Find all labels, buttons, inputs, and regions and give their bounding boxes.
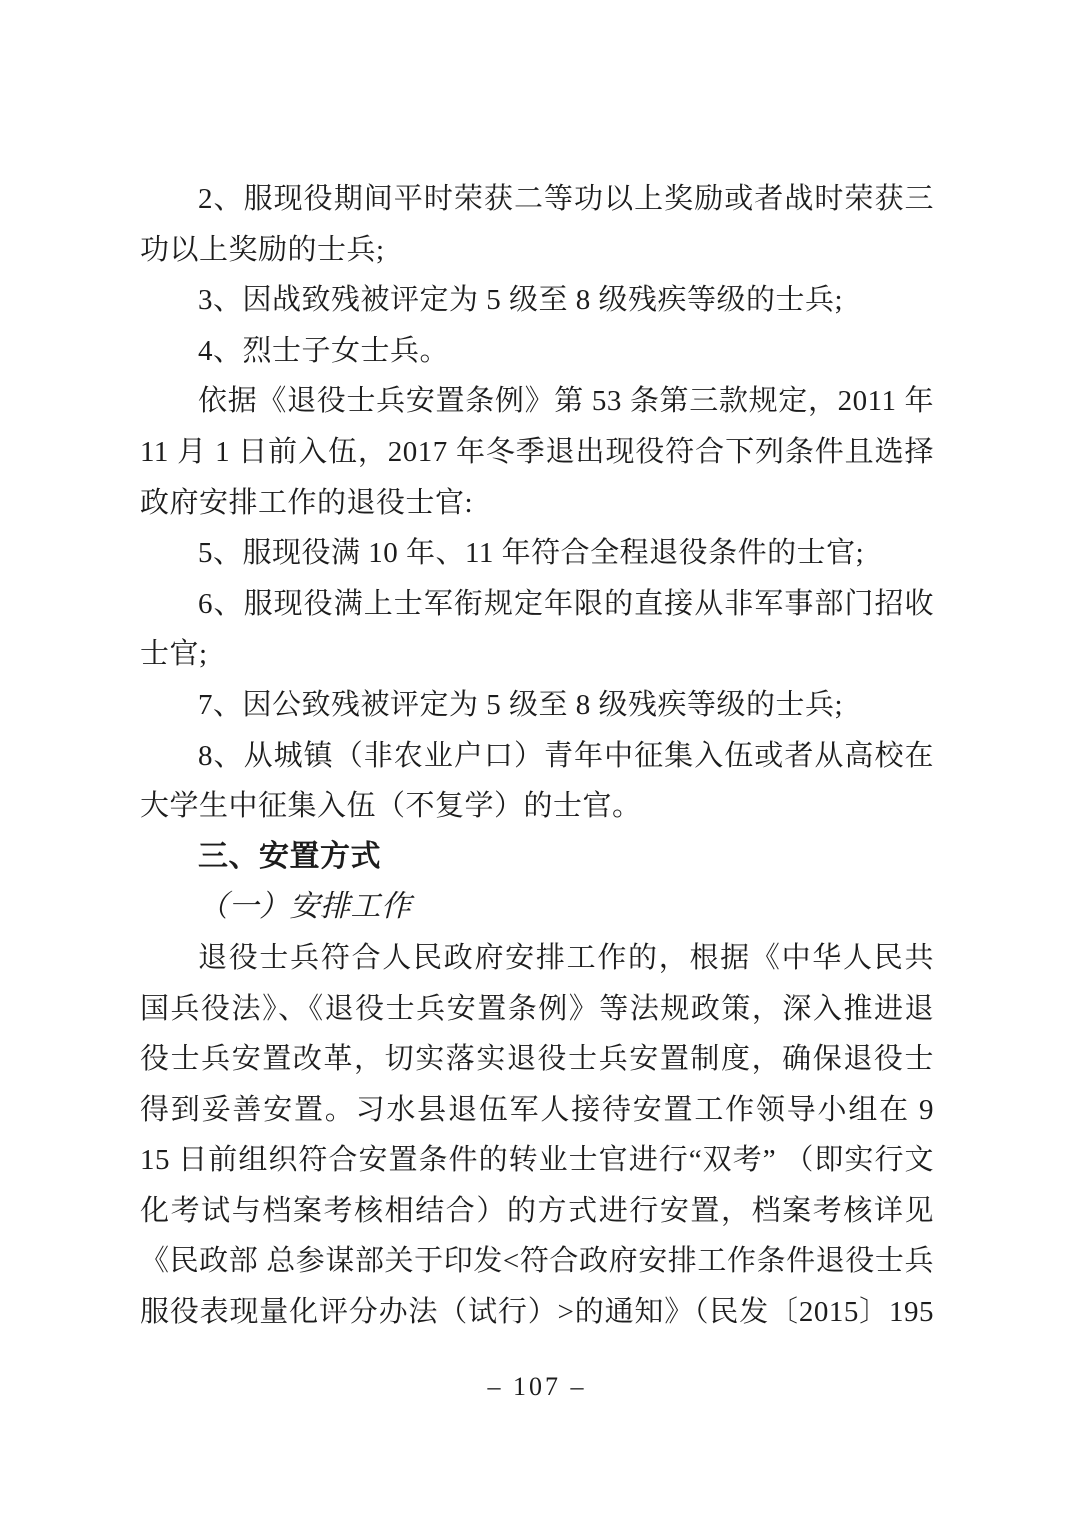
section-heading-placement-method-line: 三、安置方式	[140, 832, 934, 883]
list-item-6-line: 6、服现役满上士军衔规定年限的直接从非军事部门招收的	[140, 579, 934, 630]
list-item-2-line: 2、服现役期间平时荣获二等功以上奖励或者战时荣获三等	[140, 174, 934, 225]
document-body: 2、服现役期间平时荣获二等功以上奖励或者战时荣获三等功以上奖励的士兵;3、因战致…	[140, 174, 934, 1338]
subsection-heading-arrange-work-line: （一）安排工作	[140, 882, 934, 933]
list-item-6-line: 士官;	[140, 629, 934, 680]
page-number: – 107 –	[0, 1372, 1074, 1402]
para-legal-basis-line: 11 月 1 日前入伍，2017 年冬季退出现役符合下列条件且选择由	[140, 427, 934, 478]
list-item-2-line: 功以上奖励的士兵;	[140, 225, 934, 276]
para-arrange-work-line: 退役士兵符合人民政府安排工作的，根据《中华人民共和	[140, 933, 934, 984]
list-item-8-line: 大学生中征集入伍（不复学）的士官。	[140, 781, 934, 832]
para-arrange-work-line: 得到妥善安置。习水县退伍军人接待安置工作领导小组在 9 月	[140, 1085, 934, 1136]
para-arrange-work-line: 役士兵安置改革，切实落实退役士兵安置制度，确保退役士兵	[140, 1034, 934, 1085]
para-arrange-work-line: 化考试与档案考核相结合）的方式进行安置，档案考核详见	[140, 1186, 934, 1237]
list-item-5-line: 5、服现役满 10 年、11 年符合全程退役条件的士官;	[140, 528, 934, 579]
list-item-4-line: 4、烈士子女士兵。	[140, 326, 934, 377]
document-page: 2、服现役期间平时荣获二等功以上奖励或者战时荣获三等功以上奖励的士兵;3、因战致…	[0, 0, 1074, 1520]
para-arrange-work-line: 15 日前组织符合安置条件的转业士官进行“双考” （即实行文	[140, 1135, 934, 1186]
list-item-8-line: 8、从城镇（非农业户口）青年中征集入伍或者从高校在校	[140, 731, 934, 782]
list-item-7-line: 7、因公致残被评定为 5 级至 8 级残疾等级的士兵;	[140, 680, 934, 731]
para-arrange-work-line: 《民政部 总参谋部关于印发<符合政府安排工作条件退役士兵	[140, 1236, 934, 1287]
para-legal-basis-line: 政府安排工作的退役士官:	[140, 478, 934, 529]
para-legal-basis-line: 依据《退役士兵安置条例》第 53 条第三款规定，2011 年	[140, 376, 934, 427]
para-arrange-work-line: 国兵役法》、《退役士兵安置条例》等法规政策，深入推进退	[140, 984, 934, 1035]
para-arrange-work-line: 服役表现量化评分办法（试行）>的通知》（民发〔2015〕195	[140, 1287, 934, 1338]
list-item-3-line: 3、因战致残被评定为 5 级至 8 级残疾等级的士兵;	[140, 275, 934, 326]
